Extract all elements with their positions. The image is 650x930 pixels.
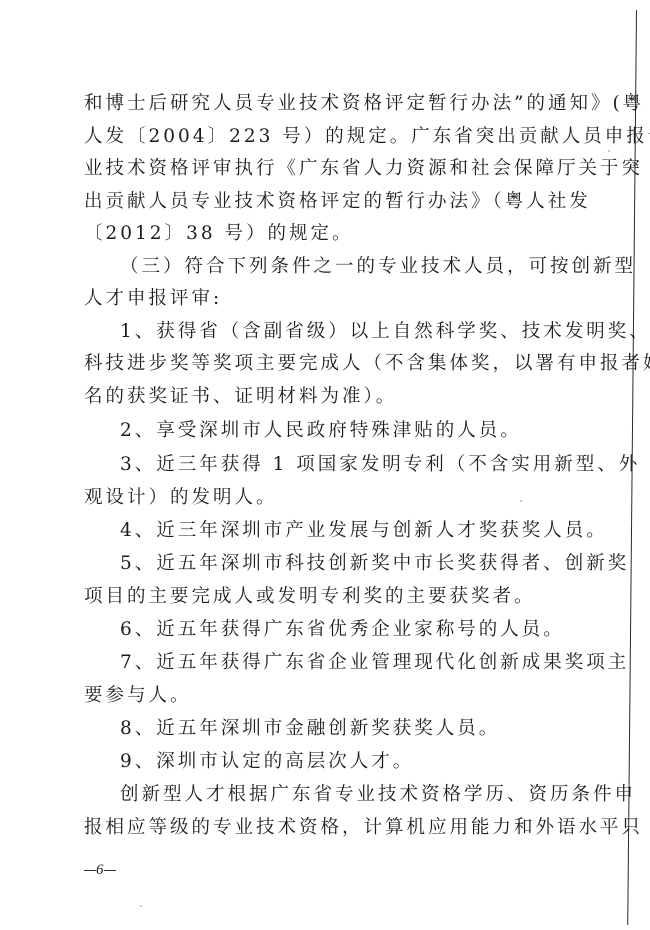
list-item-6: 6、近五年获得广东省优秀企业家称号的人员。 (120, 619, 565, 641)
text-line: 人才申报评审: (84, 288, 222, 310)
list-item-1: 1、获得省（含副省级）以上自然科学奖、技术发明奖、 (120, 321, 650, 343)
page-number: 6 (84, 862, 116, 879)
scan-speck (520, 500, 522, 502)
list-item-9: 9、深圳市认定的高层次人才。 (120, 751, 414, 773)
list-item-8: 8、近五年深圳市金融创新奖获奖人员。 (120, 718, 500, 740)
text-line: 项目的主要完成人或发明专利奖的主要获奖者。 (84, 586, 536, 608)
text-line: 业技术资格评审执行《广东省人力资源和社会保障厅关于突 (84, 158, 643, 180)
page-number-value: 6 (96, 862, 104, 878)
list-item-2: 2、享受深圳市人民政府特殊津贴的人员。 (120, 420, 522, 442)
text-line: 观设计）的发明人。 (84, 487, 278, 509)
list-item-3: 3、近三年获得 1 项国家发明专利（不含实用新型、外 (120, 454, 640, 476)
text-line: 科技进步奖等奖项主要完成人（不含集体奖，以署有申报者姓 (84, 353, 650, 375)
text-line: 人发〔2004〕223 号）的规定。广东省突出贡献人员申报专 (84, 126, 650, 148)
list-item-7: 7、近五年获得广东省企业管理现代化创新成果奖项主 (120, 652, 629, 674)
text-line: 要参与人。 (84, 685, 192, 707)
text-line: 和博士后研究人员专业技术资格评定暂行办法”的通知》(粤 (84, 93, 644, 115)
section-heading-line: （三）符合下列条件之一的专业技术人员，可按创新型 (120, 256, 636, 278)
page-number-dash-right (104, 870, 116, 871)
page-number-dash-left (84, 870, 96, 871)
list-item-4: 4、近三年深圳市产业发展与创新人才奖获奖人员。 (120, 520, 608, 542)
document-page: 和博士后研究人员专业技术资格评定暂行办法”的通知》(粤 人发〔2004〕223 … (0, 0, 650, 930)
text-line: 〔2012〕38 号）的规定。 (84, 223, 354, 245)
scan-speck (90, 296, 92, 298)
text-line: 出贡献人员专业技术资格评定的暂行办法》（粤人社发 (84, 191, 591, 213)
text-line: 名的获奖证书、证明材料为准）。 (84, 386, 397, 408)
text-line: 报相应等级的专业技术资格，计算机应用能力和外语水平只 (84, 817, 643, 839)
paragraph-line: 创新型人才根据广东省专业技术资格学历、资历条件申 (120, 784, 636, 806)
list-item-5: 5、近五年深圳市科技创新奖中市长奖获得者、创新奖 (120, 553, 629, 575)
scan-speck (140, 905, 142, 907)
scan-speck (608, 150, 610, 152)
